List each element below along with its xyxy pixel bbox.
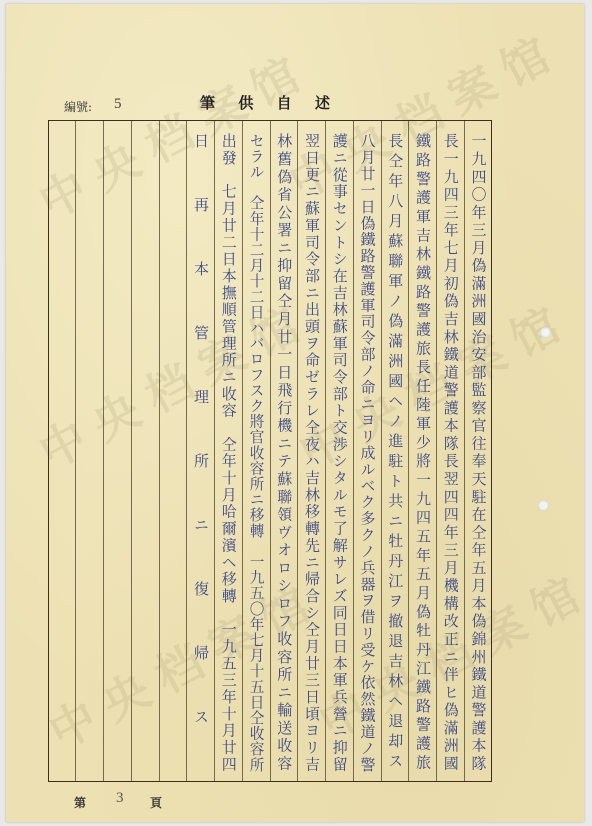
title-char: 供 [238,92,253,113]
text-column: 一九四〇年三月偽滿洲國治安部監察官往奉天駐在仝年五月本偽錦州鐵道警護本隊 [464,133,492,778]
serial-number-label: 編號: [64,98,92,115]
grid-column-line [103,121,104,781]
grid-column-line [131,121,132,781]
text-column: 鐵路警護軍吉林鐵路警護旅長任陸軍少將一九四五年五月偽牡丹江鐵路警護旅 [408,133,436,778]
page-suffix: 頁 [150,794,162,811]
page-prefix: 第 [74,794,86,811]
grid-column-line [159,121,160,781]
text-column: 林舊偽省公署ニ抑留仝月廿一日飛行機ニテ蘇聯領ヴオロシロフ收容所ニ輸送收容 [270,133,298,778]
text-column: セラル 仝年十二月十二日ハバロフスク將官收容所ニ移轉 一九五〇年七月十五日仝收容… [242,133,270,778]
text-column: 日再本管理所ニ復帰ス [186,133,214,778]
binder-hole [540,327,551,338]
text-column: 八月廿一日偽鐵路警護軍司令部ノ命ニヨリ成ルベク多クノ兵器ヲ借リ受ケ依然鐵道ノ警 [353,133,381,778]
grid-column-line [75,121,76,781]
serial-number-value: 5 [114,96,122,113]
title-char: 自 [277,92,292,113]
page-number: 3 [116,790,124,807]
binder-hole [538,500,549,511]
text-column: 翌日更ニ蘇軍司令部ニ出頭ヲ命ゼラレ仝夜ハ吉林移轉先ニ帰合シ仝月廿三日頃ヨリ吉 [297,133,325,778]
document-title: 述 自 供 筆 [200,92,330,113]
text-column: 長一九四三年七月初偽吉林鐵道警護本隊長翌四四年三月機構改正ニ伴ヒ偽滿洲國 [436,133,464,778]
text-column: 長仝年八月蘇聯軍ノ偽滿洲國ヘノ進駐ト共ニ牡丹江ヲ撤退吉林ヘ退却ス [381,133,409,778]
text-column: 出發 七月廿二日本撫順管理所ニ收容 仝年十月哈爾濱ヘ移轉 一九五三年十月廿四 [214,133,242,778]
title-char: 述 [315,92,330,113]
title-char: 筆 [200,92,215,113]
manuscript-grid: 一九四〇年三月偽滿洲國治安部監察官往奉天駐在仝年五月本偽錦州鐵道警護本隊長一九四… [48,120,492,782]
text-column: 護ニ從事セントシ在吉林蘇軍司令部ト交渉シタルモ了解サレズ同日日本軍兵營ニ抑留 [325,133,353,778]
